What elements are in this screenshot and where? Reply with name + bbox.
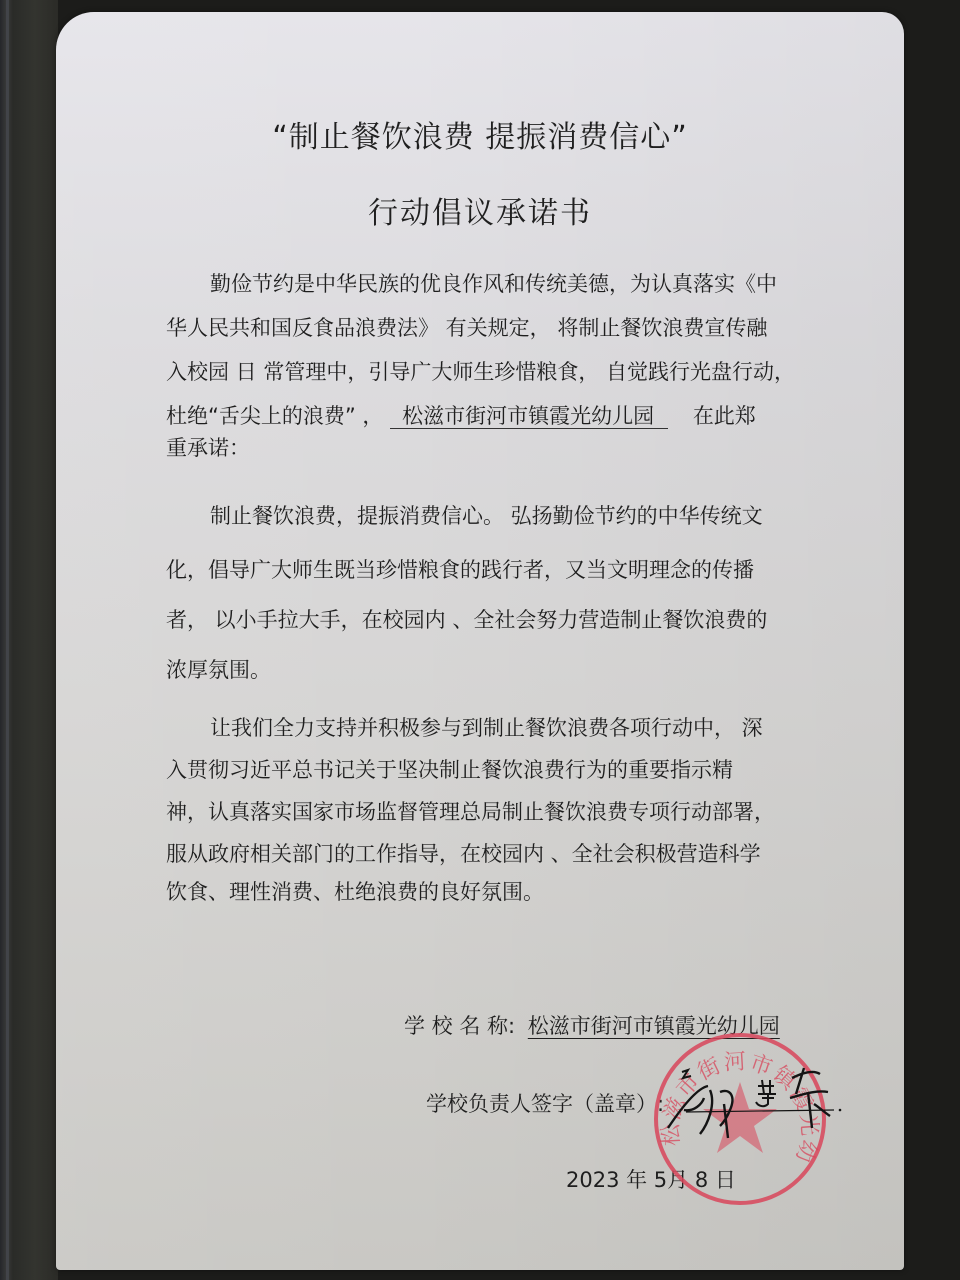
paragraph2-line2: 化，倡导广大师生既当珍惜粮食的践行者，又当文明理念的传播 xyxy=(166,554,754,584)
document-title-line2: 行动倡议承诺书 xyxy=(0,188,960,232)
paragraph-commitment-body: 制止餐饮浪费，提振消费信心。 弘扬勤俭节约的中华传统文 化，倡导广大师生既当珍惜… xyxy=(166,500,816,680)
paragraph3-line4: 服从政府相关部门的工作指导，在校园内 、全社会积极营造科学 xyxy=(166,838,761,868)
paragraph-call-to-action: 让我们全力支持并积极参与到制止餐饮浪费各项行动中， 深 入贯彻习近平总书记关于坚… xyxy=(166,712,816,912)
paragraph2-line1: 制止餐饮浪费，提振消费信心。 弘扬勤俭节约的中华传统文 xyxy=(210,500,763,530)
paragraph1-line2: 华人民共和国反食品浪费法》 有关规定， 将制止餐饮浪费宣传融 xyxy=(166,312,767,342)
paragraph2-line3: 者， 以小手拉大手，在校园内 、全社会努力营造制止餐饮浪费的 xyxy=(166,604,767,634)
paragraph1-line3: 入校园 日 常管理中，引导广大师生珍惜粮食， 自觉践行光盘行动， xyxy=(166,356,795,386)
paragraph3-line2: 入贯彻习近平总书记关于坚决制止餐饮浪费行为的重要指示精 xyxy=(166,754,733,784)
paragraph1-line1: 勤俭节约是中华民族的优良作风和传统美德，为认真落实《中 xyxy=(210,268,777,298)
paragraph1-line5: 重承诺： xyxy=(166,432,250,462)
paragraph1-line4: 杜绝“舌尖上的浪费” ， 松滋市街河市镇霞光幼儿园 在此郑 xyxy=(166,400,756,430)
paragraph1-line4-tail: 在此郑 xyxy=(693,404,756,428)
paragraph3-line3: 神，认真落实国家市场监督管理总局制止餐饮浪费专项行动部署， xyxy=(166,796,775,826)
paragraph3-line1: 让我们全力支持并积极参与到制止餐饮浪费各项行动中， 深 xyxy=(210,712,763,742)
paragraph1-line4-text: 杜绝“舌尖上的浪费” ， xyxy=(166,404,383,428)
paragraph-commitment-intro: 勤俭节约是中华民族的优良作风和传统美德，为认真落实《中 华人民共和国反食品浪费法… xyxy=(166,268,816,468)
paragraph3-line5: 饮食、理性消费、杜绝浪费的良好氛围。 xyxy=(166,876,544,906)
handwritten-signature xyxy=(664,1064,844,1144)
school-name-label: 学 校 名 称: xyxy=(404,1014,515,1038)
document-title-line1: “制止餐饮浪费 提振消费信心” xyxy=(0,112,960,156)
paragraph2-line4: 浓厚氛围。 xyxy=(166,654,271,684)
school-name-fill-blank: 松滋市街河市镇霞光幼儿园 xyxy=(390,404,668,429)
signer-row: 学校负责人签字（盖章）: xyxy=(426,1088,664,1118)
signer-label: 学校负责人签字（盖章）: xyxy=(426,1092,664,1116)
